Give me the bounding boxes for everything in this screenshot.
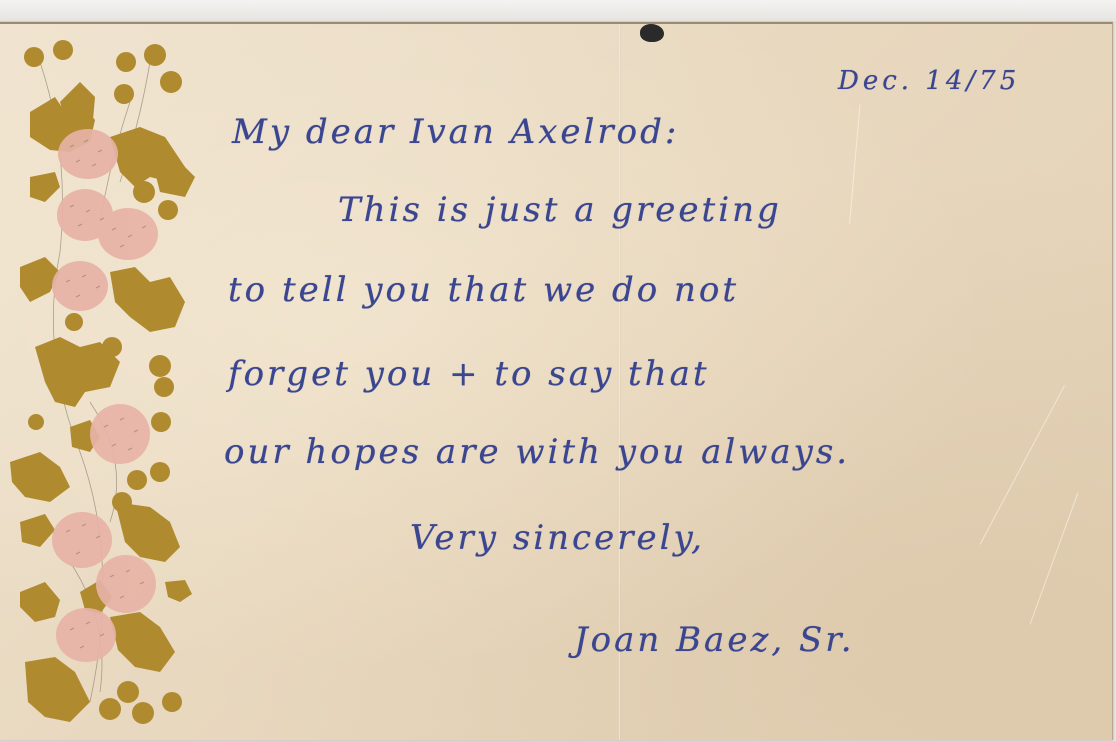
letter-salutation: My dear Ivan Axelrod: (232, 112, 679, 152)
letter-body-line: forget you + to say that (228, 354, 710, 394)
letter-body-line: This is just a greeting (338, 190, 782, 230)
letter-date: Dec. 14/75 (838, 66, 1020, 96)
letter-body-line: our hopes are with you always. (224, 432, 850, 472)
letter-signature: Joan Baez, Sr. (574, 620, 855, 660)
postcard: Dec. 14/75 My dear Ivan Axelrod: This is… (0, 22, 1113, 740)
handwritten-letter: Dec. 14/75 My dear Ivan Axelrod: This is… (0, 24, 1112, 740)
letter-closing: Very sincerely, (410, 518, 705, 558)
letter-body-line: to tell you that we do not (228, 270, 739, 310)
